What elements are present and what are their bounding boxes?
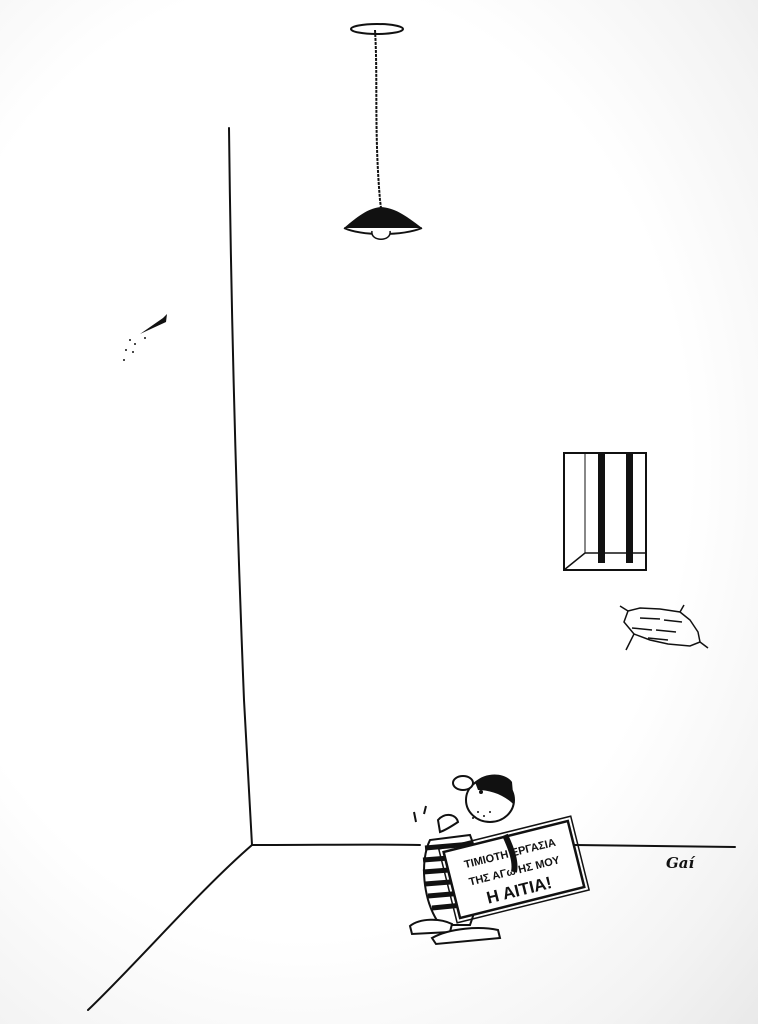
barred-window bbox=[564, 453, 646, 570]
nail-in-wall bbox=[123, 314, 167, 361]
exposed-bricks bbox=[620, 605, 708, 650]
cartoon-drawing: ΤΙΜΙΟΤΗ ΕΡΓΑΣΙΑ ΤΗΣ ΑΓω ΗΣ ΜΟΥ Η ΑΙΤΙΑ! … bbox=[0, 0, 758, 1024]
artist-signature: Gaí bbox=[666, 854, 696, 872]
ceiling-lamp bbox=[344, 24, 422, 239]
cartoon-page: ΤΙΜΙΟΤΗ ΕΡΓΑΣΙΑ ΤΗΣ ΑΓω ΗΣ ΜΟΥ Η ΑΙΤΙΑ! … bbox=[0, 0, 758, 1024]
